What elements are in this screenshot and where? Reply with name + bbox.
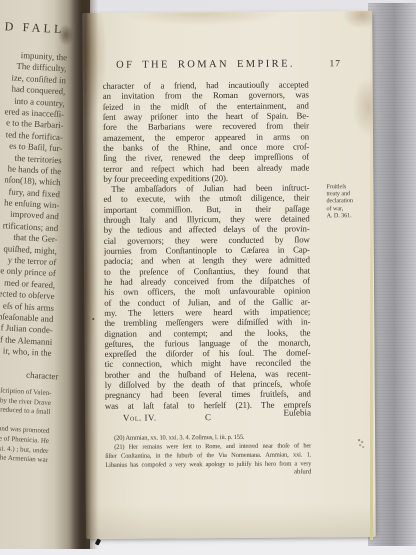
left-running-title-fragment: D FALL	[4, 19, 65, 37]
body-text: character of a friend, had incautiouſly …	[103, 79, 311, 410]
running-title: OF THE ROMAN EMPIRE.	[102, 58, 308, 70]
volume-label: Vol. IV.	[123, 413, 157, 423]
gathering-signature: C	[205, 412, 211, 422]
margin-note-line: A. D. 361.	[327, 212, 373, 220]
body-line: the trembling meſſengers were diſmiſſed …	[104, 317, 310, 329]
margin-note: Fruitleſstreaty anddeclarationof war,A. …	[326, 183, 372, 219]
catchword: Euſebia	[283, 407, 311, 417]
page-edge-highlight	[370, 8, 373, 540]
signature-line: Vol. IV. C Euſebia	[105, 411, 311, 424]
left-facing-page: D FALL impunity, theThe difficulty,ize, …	[0, 0, 90, 549]
left-page-text-fragments: impunity, theThe difficulty,ize, conſiſt…	[0, 46, 67, 359]
book-page-recto: OF THE ROMAN EMPIRE. 17 character of a f…	[82, 11, 376, 539]
paragraph: character of a friend, had incautiouſly …	[103, 79, 310, 184]
book-photo-scene: D FALL impunity, theThe difficulty,ize, …	[0, 0, 416, 555]
footnote-catchword: abſurd	[105, 468, 311, 476]
paragraph: The ambaſſadors of Julian had been inſtr…	[103, 183, 311, 411]
pencil-mark	[358, 439, 360, 441]
body-line: terror and reſpect which had been alread…	[103, 162, 309, 174]
dark-speck	[95, 538, 101, 545]
body-line: ſing the river, renewed the deep impreſſ…	[103, 152, 309, 164]
footnotes: (20) Ammian, xx. 10. xxi. 3. 4. Zoſimus,…	[105, 432, 311, 470]
body-line: was at laſt fatal to herſelf (21). The e…	[105, 399, 311, 411]
ink-speck	[92, 318, 94, 320]
page-number: 17	[329, 59, 341, 69]
left-catchword: character	[26, 370, 59, 382]
left-footnote-fragments: rt deſcription of Valen-ded by the river…	[0, 383, 52, 465]
